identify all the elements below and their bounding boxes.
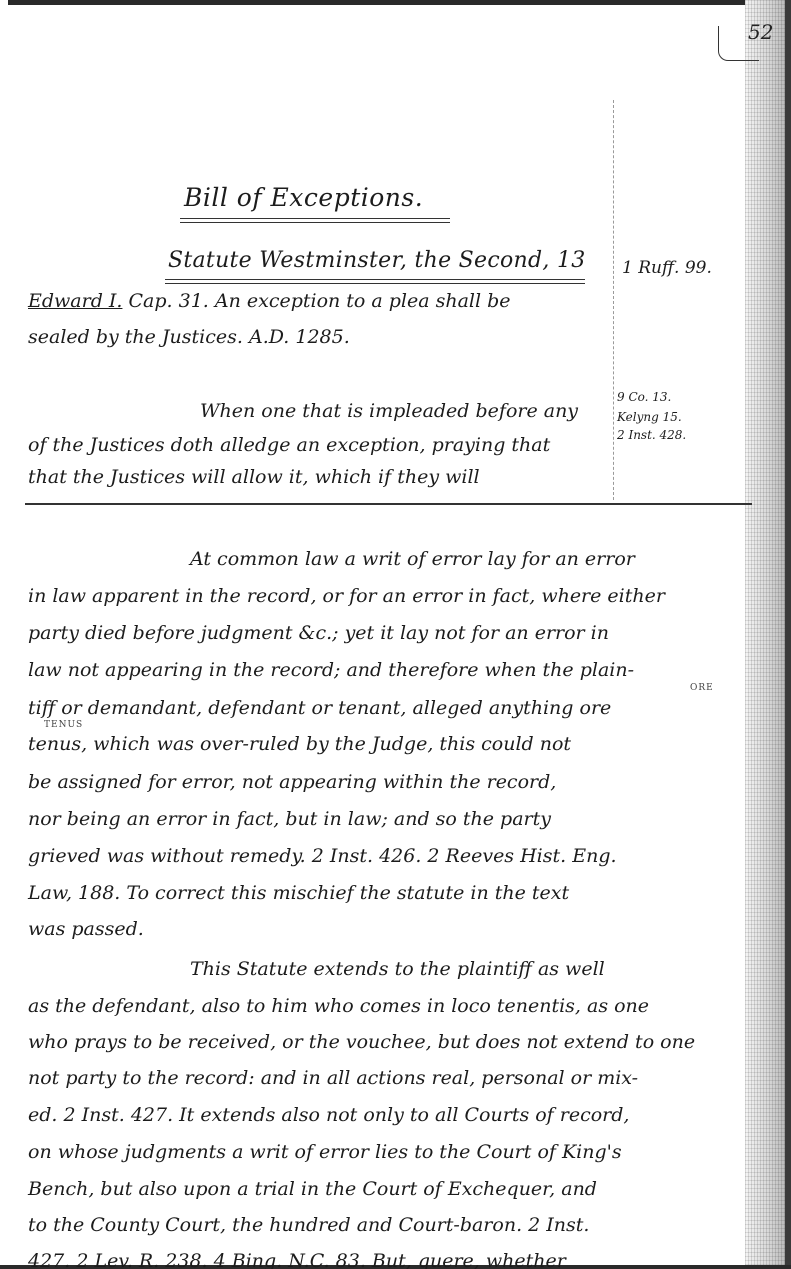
commentary-line-5: tiff or demandant, defendant or tenant, …	[28, 697, 611, 719]
commentary2-line-7: Bench, but also upon a trial in the Cour…	[28, 1178, 597, 1200]
page-number: 52	[748, 20, 773, 44]
commentary-line-2: in law apparent in the record, or for an…	[28, 585, 665, 607]
statute-line-1-rest: Cap. 31. An exception to a plea shall be	[122, 290, 510, 312]
margin-note-ruff: 1 Ruff. 99.	[622, 258, 712, 278]
margin-rule	[613, 100, 614, 500]
scan-top-edge	[8, 0, 791, 5]
statute-king: Edward I.	[28, 290, 122, 312]
margin-note-kelyng: Kelyng 15.	[617, 410, 682, 424]
title-underline	[180, 218, 450, 223]
commentary2-line-3: who prays to be received, or the vouchee…	[28, 1031, 695, 1053]
commentary2-line-6: on whose judgments a writ of error lies …	[28, 1141, 622, 1163]
margin-note-coke: 9 Co. 13.	[617, 390, 671, 404]
commentary2-line-2: as the defendant, also to him who comes …	[28, 995, 649, 1017]
commentary2-line-5: ed. 2 Inst. 427. It extends also not onl…	[28, 1104, 629, 1126]
statute-para-line-3: that the Justices will allow it, which i…	[28, 466, 480, 488]
statute-para-line-1: When one that is impleaded before any	[200, 400, 578, 422]
section-divider	[25, 503, 752, 505]
statute-heading-underline	[165, 279, 585, 284]
gloss-tenus: TENUS	[44, 720, 83, 730]
commentary-line-3: party died before judgment &c.; yet it l…	[28, 622, 609, 644]
page-title: Bill of Exceptions.	[184, 183, 423, 212]
commentary2-line-9: 427. 2 Lev. R. 238. 4 Bing. N.C. 83. But…	[28, 1250, 566, 1269]
statute-para-line-2: of the Justices doth alledge an exceptio…	[28, 434, 550, 456]
commentary-line-1: At common law a writ of error lay for an…	[190, 548, 635, 570]
statute-line-2: sealed by the Justices. A.D. 1285.	[28, 326, 350, 348]
commentary-line-8: nor being an error in fact, but in law; …	[28, 808, 551, 830]
commentary2-line-4: not party to the record: and in all acti…	[28, 1067, 638, 1089]
commentary-line-11: was passed.	[28, 918, 144, 940]
statute-line-1: Edward I. Cap. 31. An exception to a ple…	[28, 290, 511, 312]
gloss-ore: ORE	[690, 683, 714, 693]
scan-right-edge	[745, 0, 791, 1269]
commentary-line-4: law not appearing in the record; and the…	[28, 659, 634, 681]
statute-heading: Statute Westminster, the Second, 13	[168, 248, 586, 273]
commentary-line-9: grieved was without remedy. 2 Inst. 426.…	[28, 845, 617, 867]
margin-note-inst: 2 Inst. 428.	[617, 428, 686, 442]
commentary-line-10: Law, 188. To correct this mischief the s…	[28, 882, 569, 904]
commentary-line-7: be assigned for error, not appearing wit…	[28, 771, 556, 793]
commentary-line-6: tenus, which was over-ruled by the Judge…	[28, 733, 571, 755]
commentary2-line-1: This Statute extends to the plaintiff as…	[190, 958, 605, 980]
commentary2-line-8: to the County Court, the hundred and Cou…	[28, 1214, 589, 1236]
